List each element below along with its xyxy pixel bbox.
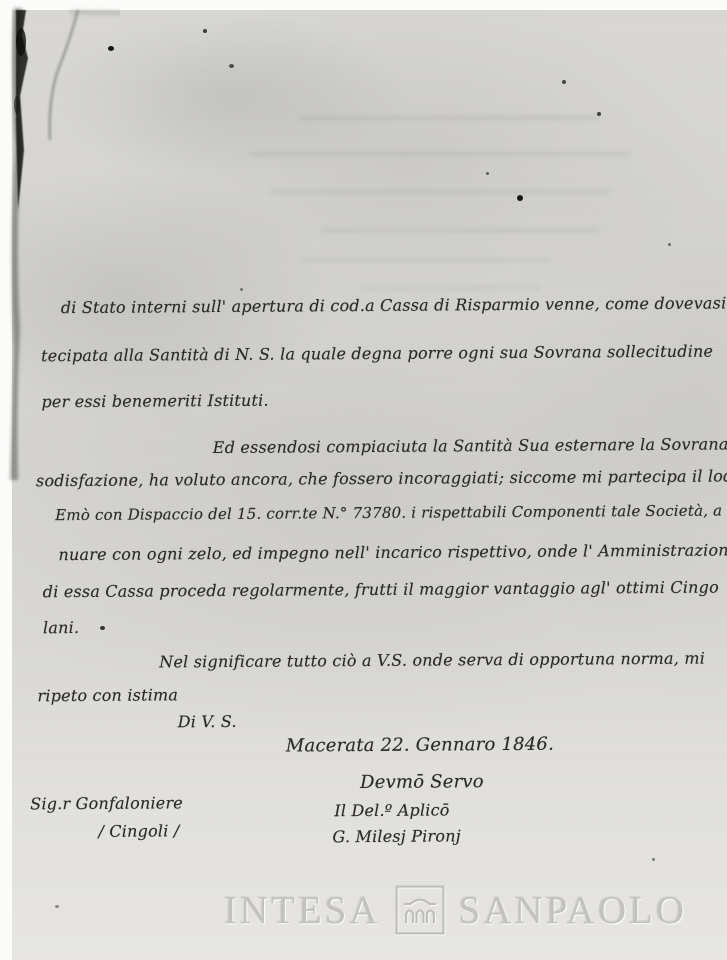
body-line: tecipata alla Santità di N. S. la quale … [41,342,713,366]
photographed-letter-page: di Stato interni sull' apertura di cod.a… [0,0,727,960]
intesa-sanpaolo-arches-logo-icon [394,884,446,936]
body-line: Nel significare tutto ciò a V.S. onde se… [159,649,705,672]
body-line: lani. [43,618,79,637]
body-line: Emò con Dispaccio del 15. corr.te N.° 73… [55,501,727,524]
signature-line: Il Del.º Aplicō [334,800,449,820]
watermark-word-intesa: INTESA [224,888,381,933]
signature-line: Devmō Servo [360,771,484,793]
body-line: per essi benemeriti Istituti. [41,391,268,412]
watermark-word-sanpaolo: SANPAOLO [459,888,687,933]
body-line: nuare con ogni zelo, ed impegno nell' in… [58,540,727,564]
body-line: Di V. S. [178,712,237,731]
intesa-sanpaolo-watermark: INTESA SANPAOLO [224,884,704,936]
dateline: Macerata 22. Gennaro 1846. [286,734,554,757]
signature-line: G. Milesj Pironj [332,826,460,846]
body-line: di Stato interni sull' apertura di cod.a… [61,293,727,317]
body-line: sodisfazione, ha voluto ancora, che foss… [36,466,727,490]
addressee-line: Sig.r Gonfaloniere [30,793,183,813]
body-line: di essa Cassa proceda regolarmente, frut… [43,578,719,602]
body-line: ripeto con istima [37,685,178,705]
body-line: Ed essendosi compiaciuta la Santità Sua … [213,434,727,457]
handwritten-letter-body: di Stato interni sull' apertura di cod.a… [0,0,727,960]
addressee-line: / Cingoli / [98,821,179,841]
